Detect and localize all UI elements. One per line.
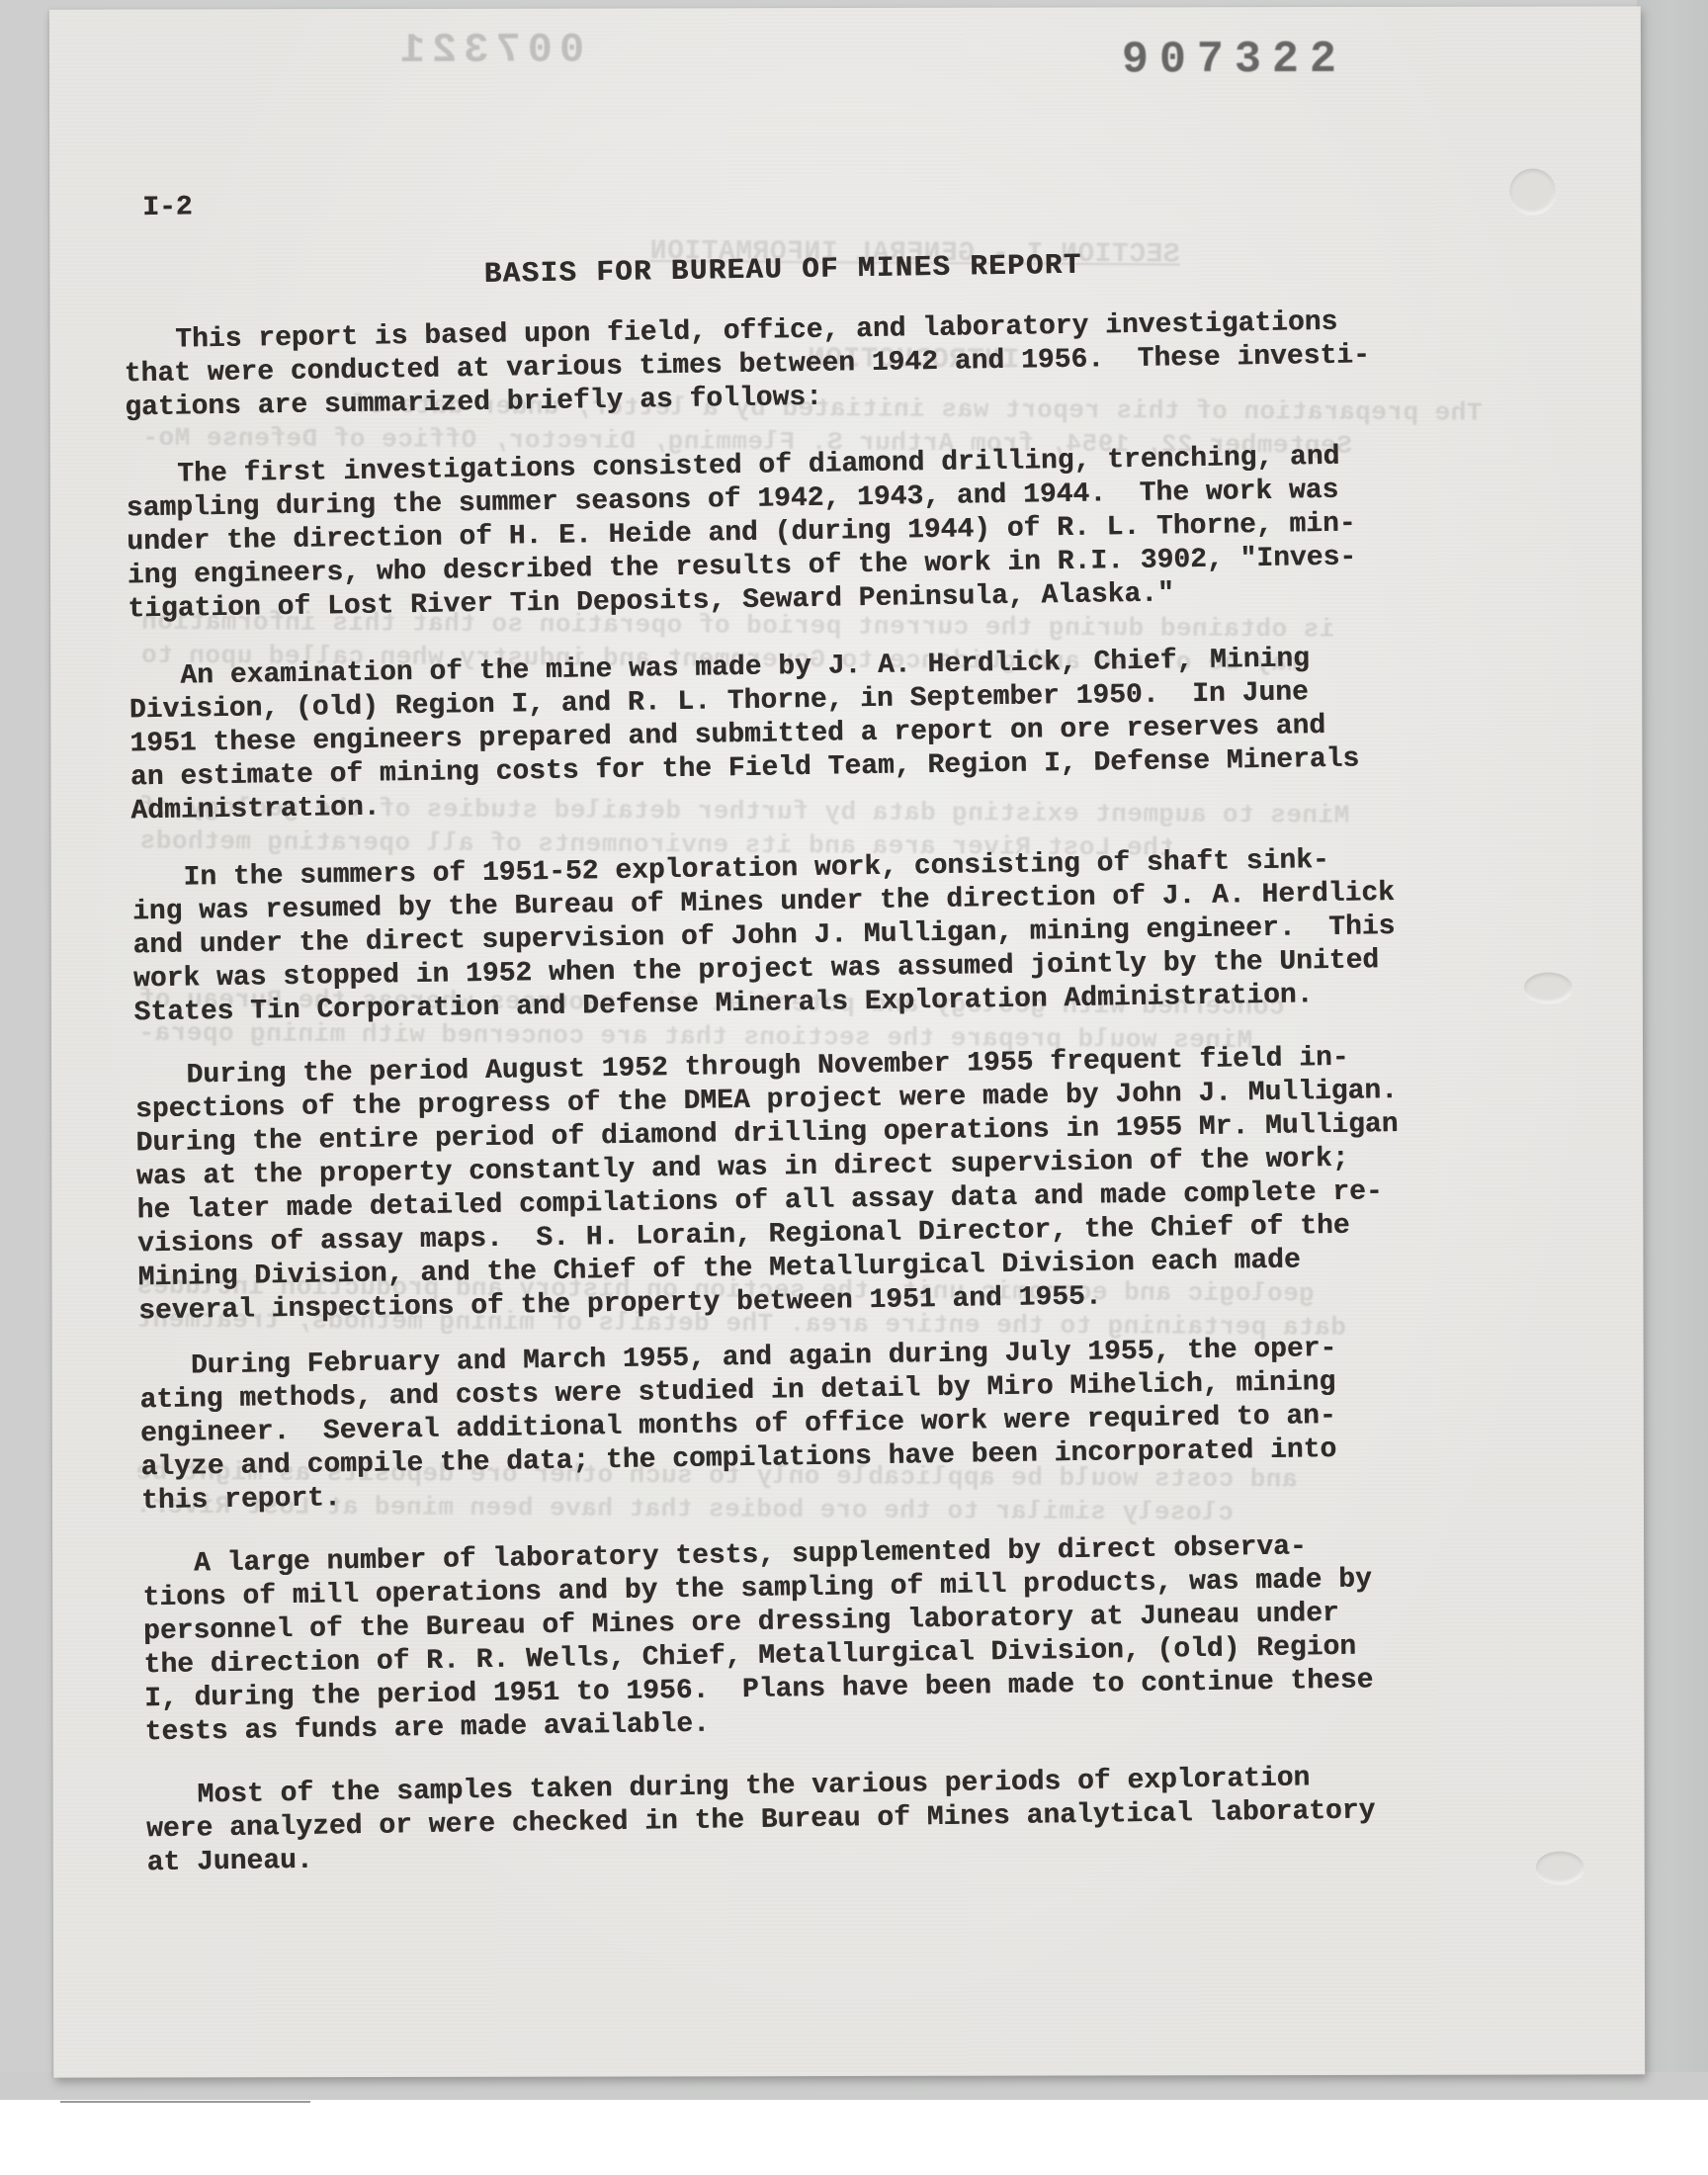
paragraph: The first investigations consisted of di… <box>126 439 1452 627</box>
paragraph: In the summers of 1951-52 exploration wo… <box>131 842 1458 1030</box>
body-paragraphs: This report is based upon field, office,… <box>36 0 1659 2088</box>
paragraph: Most of the samples taken during the var… <box>145 1760 1471 1880</box>
serial-number-stamp: 907322 <box>1122 35 1347 85</box>
paragraph: An examination of the mine was made by J… <box>128 641 1455 828</box>
paragraph: This report is based upon field, office,… <box>124 304 1449 425</box>
document-page: SECTION I - GENERAL INFORMATIONINTRODUCT… <box>49 6 1645 2077</box>
scanned-document-screenshot: { "page": { "number_label": "I-2", "titl… <box>0 0 1708 2175</box>
punch-hole <box>1509 168 1556 214</box>
paragraph: A large number of laboratory tests, supp… <box>142 1528 1470 1750</box>
punch-hole <box>1536 1851 1584 1883</box>
mirrored-serial-stamp-bleedthrough: 007321 <box>393 27 584 74</box>
paragraph: During February and March 1955, and agai… <box>139 1331 1466 1519</box>
scan-artifact-line <box>60 2101 310 2103</box>
paragraph: During the period August 1952 through No… <box>134 1040 1463 1329</box>
scan-bottom-margin <box>0 2100 1708 2175</box>
punch-hole <box>1524 972 1573 1002</box>
typed-text-layer: I-2 BASIS FOR BUREAU OF MINES REPORT Thi… <box>36 0 1659 2088</box>
